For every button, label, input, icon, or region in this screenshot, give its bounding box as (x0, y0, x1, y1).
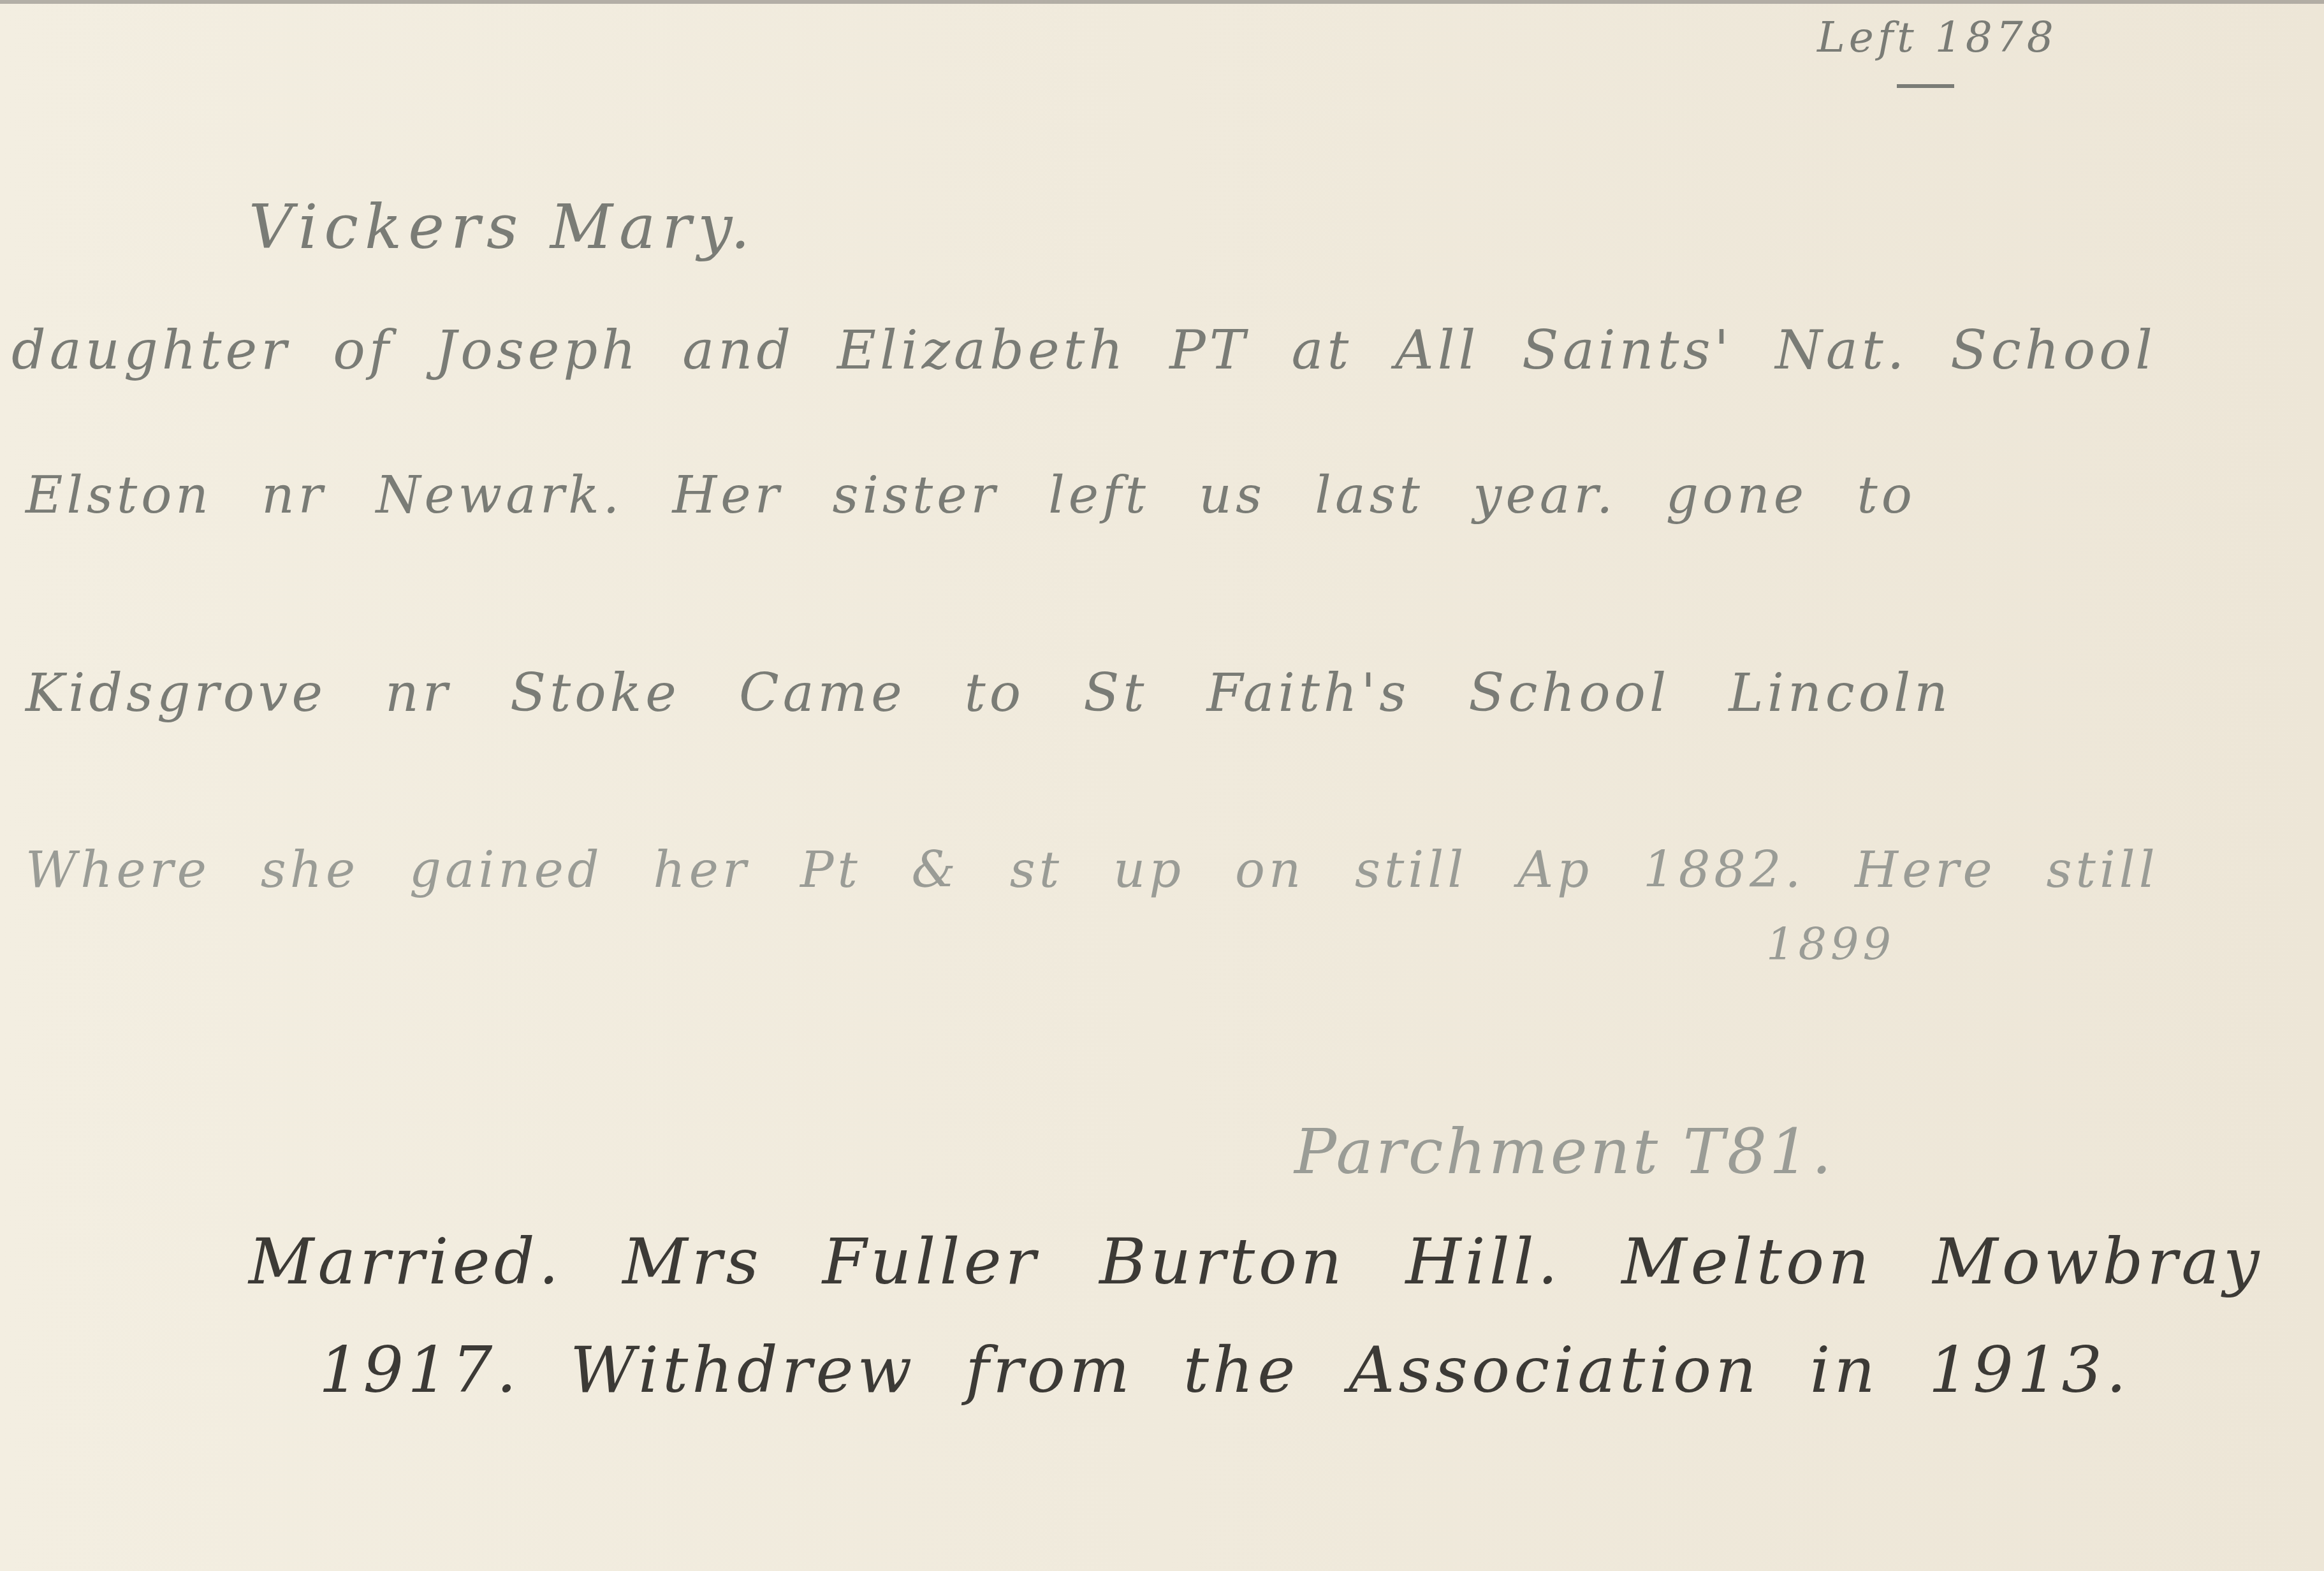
person-name: Vickers Mary. (249, 191, 756, 263)
body-line-3: Kidsgrove nr Stoke Came to St Faith's Sc… (26, 663, 1952, 724)
married-line: Married. Mrs Fuller Burton Hill. Melton … (249, 1224, 2263, 1299)
header-note-left-date: Left 1878 (1817, 13, 2057, 62)
parchment-note: Parchment T81. (1294, 1116, 1834, 1188)
withdrew-line: 1917. Withdrew from the Association in 1… (319, 1333, 2130, 1407)
page-top-edge (0, 0, 2324, 4)
register-page: Left 1878 Vickers Mary. daughter of Jose… (0, 0, 2324, 1571)
body-line-1: daughter of Joseph and Elizabeth PT at A… (11, 319, 2156, 381)
body-line-4: Where she gained her Pt & st up on still… (26, 842, 2159, 899)
header-note-underline (1897, 84, 1954, 88)
body-line-2: Elston nr Newark. Her sister left us las… (26, 465, 1916, 525)
body-line-5-year: 1899 (1766, 918, 1895, 970)
